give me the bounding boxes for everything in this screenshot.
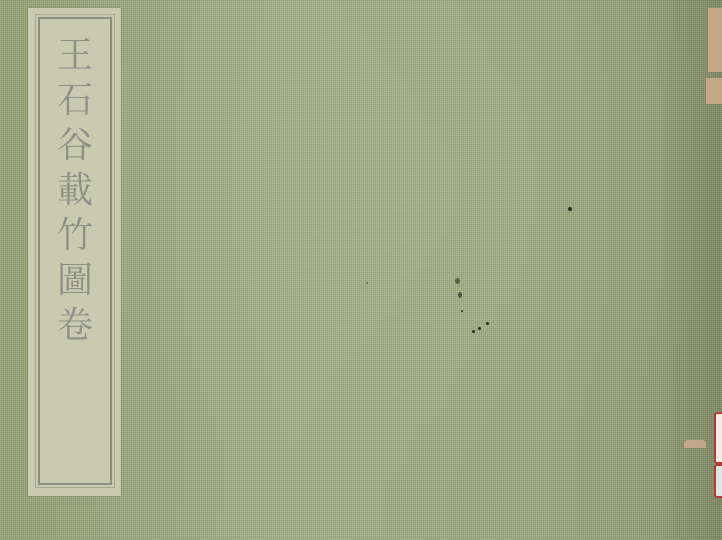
title-char: 竹	[57, 213, 93, 258]
title-char: 載	[57, 168, 93, 213]
title-char: 王	[57, 33, 93, 78]
stain-spot	[455, 278, 460, 284]
title-label-border: 王 石 谷 載 竹 圖 卷	[38, 17, 112, 485]
stain-spot	[366, 282, 368, 284]
worn-patch	[708, 8, 722, 72]
stain-spot	[486, 322, 489, 325]
title-label: 王 石 谷 載 竹 圖 卷	[28, 8, 121, 496]
book-title: 王 石 谷 載 竹 圖 卷	[40, 33, 110, 348]
stain-spot	[472, 330, 475, 333]
title-char: 谷	[57, 123, 93, 168]
title-char: 圖	[57, 258, 93, 303]
stain-spot	[478, 327, 481, 330]
library-sticker	[714, 412, 722, 464]
title-char: 卷	[57, 303, 93, 348]
stain-spot	[461, 310, 463, 312]
stain-spot	[458, 292, 462, 298]
stain-spot	[568, 207, 572, 211]
worn-patch	[706, 78, 722, 104]
title-char: 石	[57, 78, 93, 123]
worn-patch	[684, 440, 706, 448]
library-sticker	[714, 464, 722, 498]
